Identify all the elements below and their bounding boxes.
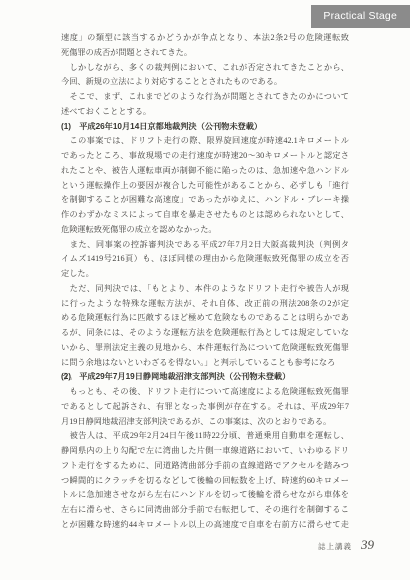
page-footer: 誌上講義 39 (318, 537, 374, 553)
text-line: 危険運転致死傷罪の成立を認めなかった。 (61, 223, 349, 238)
text-line: 月19日静岡地裁沼津支部判決であるが、この事案は、次のとおりである。 (61, 415, 349, 430)
text-line: この事案では、ドリフト走行の際、限界旋回速度が時速42.1キロメートル (61, 134, 349, 149)
text-line: 被告人は、平成29年2月24日午後11時22分頃、普通乗用自動車を運転し、 (61, 429, 349, 444)
text-line: 述べておくこととする。 (61, 105, 349, 120)
text-line: 速度」の類型に該当するかどうかが争点となり、本法2条2号の危険運転致 (61, 31, 349, 46)
footer-label: 誌上講義 (318, 541, 352, 552)
text-line: とが困難な時速約44キロメートル以上の高速度で自車を右前方に滑らせて走 (61, 518, 349, 533)
text-line: しかしながら、多くの裁判例において、これが否定されてきたことから、 (61, 61, 349, 76)
practical-stage-badge: Practical Stage (311, 5, 410, 28)
text-line: に行ったような特殊な運転方法が、それ自体、改正前の刑法208条の2が定 (61, 297, 349, 312)
section-heading: (1) 平成26年10月14日京都地裁判決（公刊物未登載） (61, 120, 349, 135)
text-line: 作のわずかなミスによって自車を暴走させたものとは認められないとして、 (61, 208, 349, 223)
text-line: であったところ、事故現場での走行速度が時速20〜30キロメートルと認定さ (61, 149, 349, 164)
text-line: 左右に滑らせ、さらに同湾曲部分手前で右転把して、その進行を制御するこ (61, 503, 349, 518)
text-line: トルに急加速させながら左右にハンドルを切って後輪を滑らせながら車体を (61, 488, 349, 503)
text-line: もっとも、その後、ドリフト走行について高速度による危険運転致死傷罪 (61, 385, 349, 400)
text-line: であるとして起訴され、有罪となった事例が存在する。それは、平成29年7 (61, 400, 349, 415)
text-line: ただ、同判決では、「もとより、本件のようなドリフト走行や被告人が現 (61, 282, 349, 297)
text-line: フト走行をするために、同道路湾曲部分手前の直線道路でアクセルを踏みつ (61, 459, 349, 474)
text-line: イムズ1419号216頁）も、ほぼ同様の理由から危険運転致死傷罪の成立を否 (61, 252, 349, 267)
text-line: を制御することが困難な高速度」であったがゆえに、ハンドル・ブレーキ操 (61, 193, 349, 208)
text-line: に問う余地はないといわざるを得ない。」と判示していることも参考になろう。 (61, 356, 349, 371)
text-line: また、同事案の控訴審判決である平成27年7月2日大阪高裁判決（判例タ (61, 238, 349, 253)
section-heading: (2) 平成29年7月19日静岡地裁沼津支部判決（公刊物未登載） (61, 370, 349, 385)
document-page: Practical Stage 速度」の類型に該当するかどうかが争点となり、本法… (0, 0, 410, 580)
text-line: いから、罪刑法定主義の見地から、本件運転行為について危険運転致死傷罪 (61, 341, 349, 356)
text-line: という運転操作上の要因が複合した可能性があることから、必ずしも「進行 (61, 179, 349, 194)
text-line: つ瞬間的にクラッチを切るなどして後輪の回転数を上げ、時速約60キロメー (61, 474, 349, 489)
text-line: そこで、まず、これまでどのような行為が問題とされてきたのかについて (61, 90, 349, 105)
page-number: 39 (361, 537, 374, 553)
text-line: 静岡県内の上り勾配で左に湾曲した片側一車線道路において、いわゆるドリ (61, 444, 349, 459)
text-line: める危険運転行為に匹敵するほど極めて危険なものであることは明らかであ (61, 311, 349, 326)
text-line: れたことや、被告人運転車両が制御不能に陥ったのは、急加速や急ハンドル (61, 164, 349, 179)
text-line: 死傷罪の成否が問題とされてきた。 (61, 46, 349, 61)
text-line: 今回、新規の立法により対応することとされたものである。 (61, 75, 349, 90)
body-text: 速度」の類型に該当するかどうかが争点となり、本法2条2号の危険運転致死傷罪の成否… (61, 31, 349, 533)
text-line: 定した。 (61, 267, 349, 282)
text-line: るが、同条には、そのような運転方法を危険運転行為としては規定していな (61, 326, 349, 341)
